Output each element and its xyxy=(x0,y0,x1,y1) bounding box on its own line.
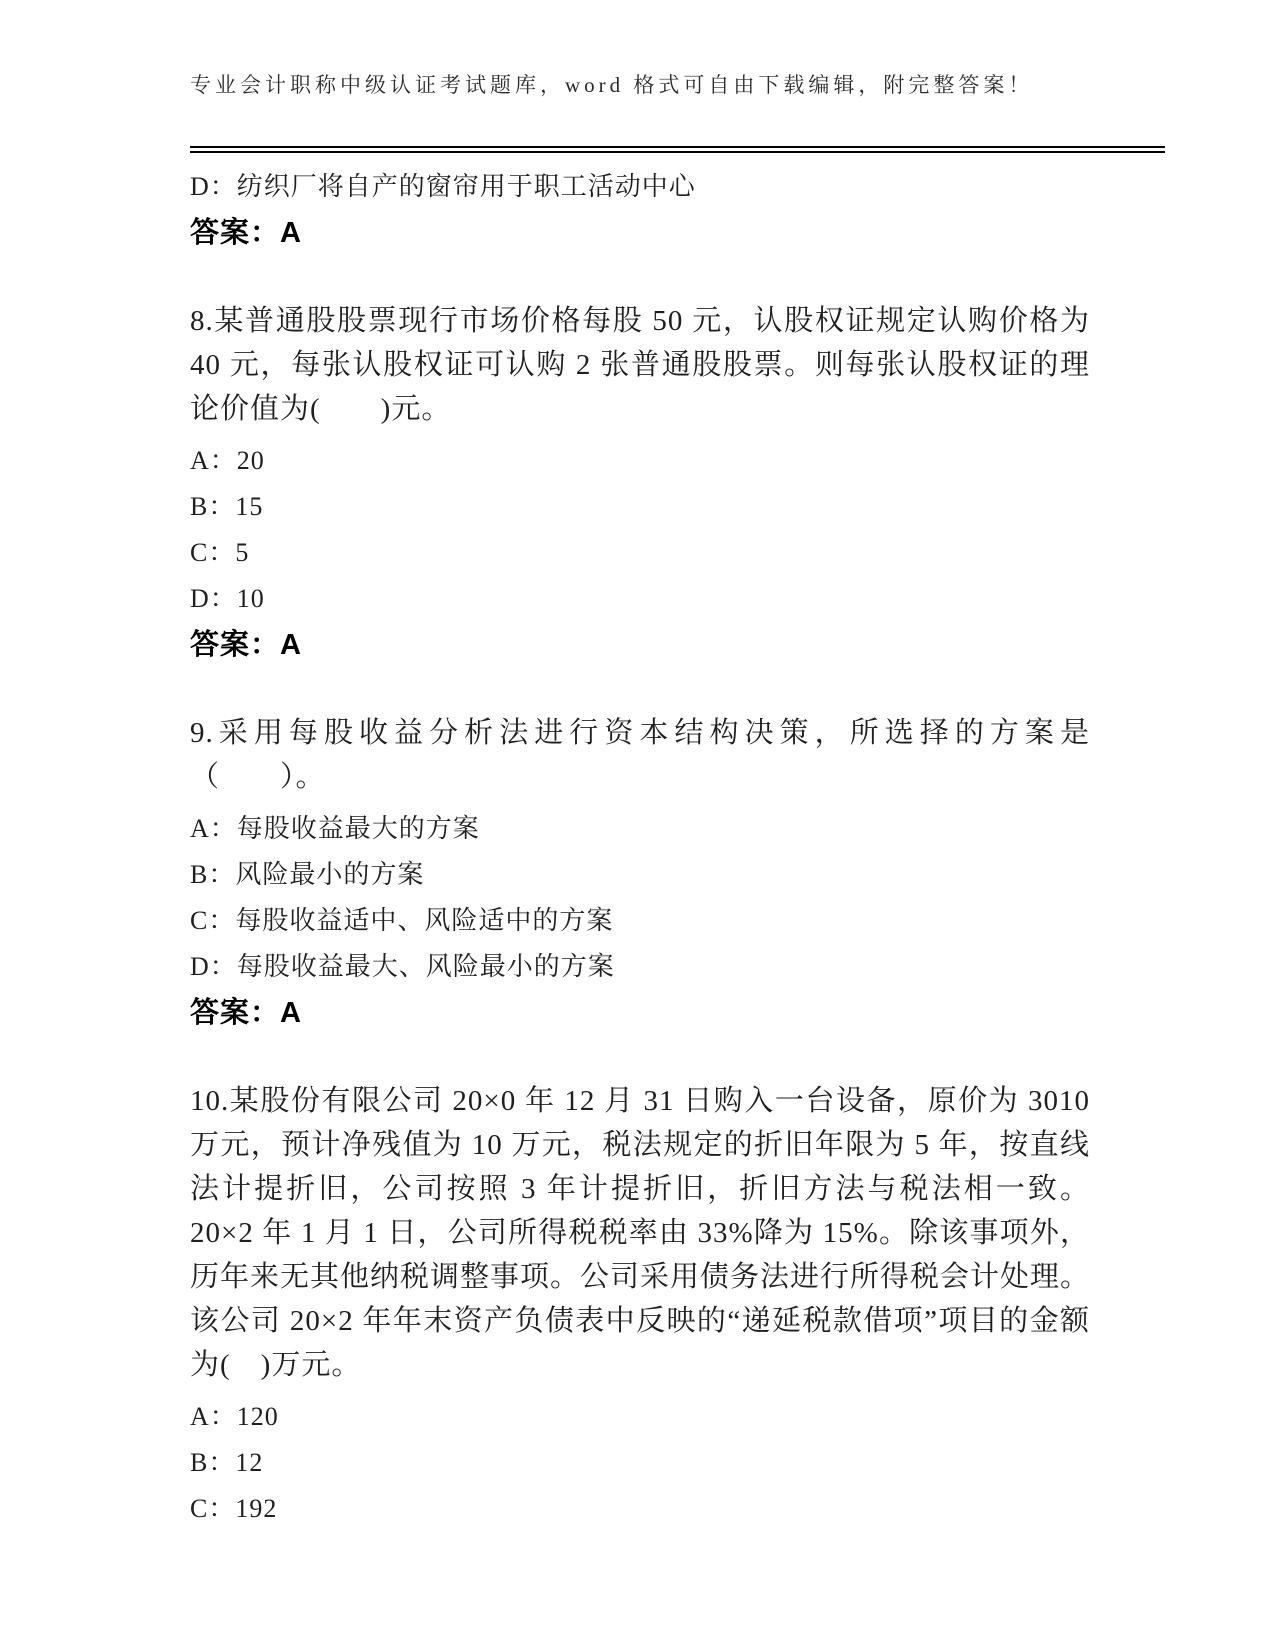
question-10-option-c: C：192 xyxy=(190,1487,1090,1531)
document-body: D：纺织厂将自产的窗帘用于职工活动中心 答案：A 8.某普通股股票现行市场价格每… xyxy=(190,153,1090,1531)
header-title: 专业会计职称中级认证考试题库，word 格式可自由下载编辑，附完整答案！ xyxy=(190,70,1165,100)
header-double-rule xyxy=(190,146,1165,153)
question-8-option-b: B：15 xyxy=(190,485,1090,529)
question-10-text: 10.某股份有限公司 20×0 年 12 月 31 日购入一台设备，原价为 30… xyxy=(190,1079,1090,1387)
page-header: 专业会计职称中级认证考试题库，word 格式可自由下载编辑，附完整答案！ xyxy=(190,70,1165,153)
document-page: 专业会计职称中级认证考试题库，word 格式可自由下载编辑，附完整答案！ D：纺… xyxy=(0,0,1275,1650)
question-9-option-a: A：每股收益最大的方案 xyxy=(190,807,1090,851)
prev-question-option-d: D：纺织厂将自产的窗帘用于职工活动中心 xyxy=(190,165,1090,209)
question-8-answer: 答案：A xyxy=(190,623,1090,667)
question-9-answer: 答案：A xyxy=(190,991,1090,1035)
question-9-option-d: D：每股收益最大、风险最小的方案 xyxy=(190,945,1090,989)
question-9-option-b: B：风险最小的方案 xyxy=(190,853,1090,897)
question-8-option-a: A：20 xyxy=(190,439,1090,483)
question-8-option-d: D：10 xyxy=(190,577,1090,621)
prev-question-answer: 答案：A xyxy=(190,211,1090,255)
question-9-text: 9.采用每股收益分析法进行资本结构决策，所选择的方案是（ ）。 xyxy=(190,711,1090,799)
question-10-option-b: B：12 xyxy=(190,1441,1090,1485)
question-8-text: 8.某普通股股票现行市场价格每股 50 元，认股权证规定认购价格为 40 元，每… xyxy=(190,299,1090,431)
question-8-option-c: C：5 xyxy=(190,531,1090,575)
question-9-option-c: C：每股收益适中、风险适中的方案 xyxy=(190,899,1090,943)
question-10-option-a: A：120 xyxy=(190,1395,1090,1439)
